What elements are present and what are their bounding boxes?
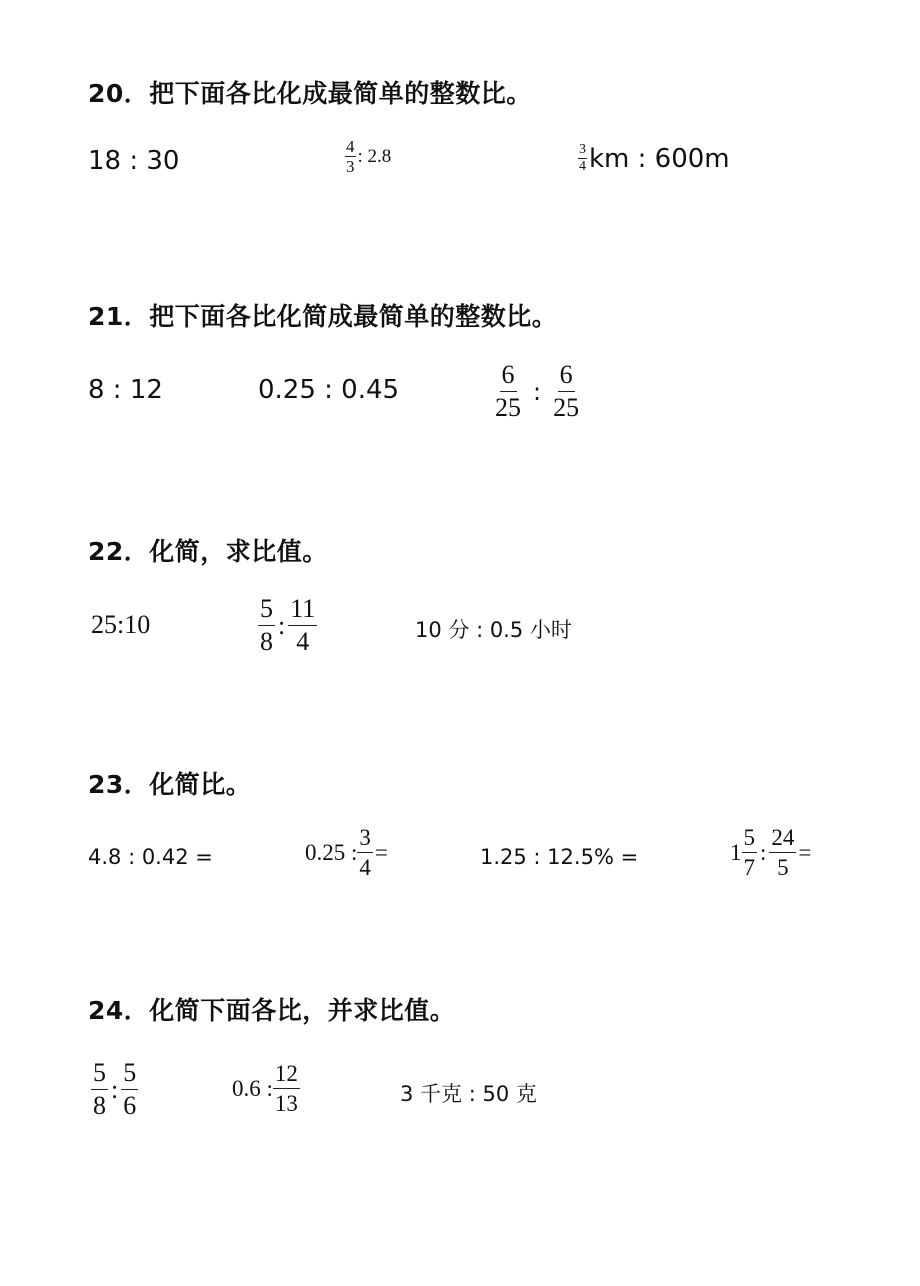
question-24-title: 24．化简下面各比，并求比值。 bbox=[88, 991, 455, 1027]
question-20-title: 20．把下面各比化成最简单的整数比。 bbox=[88, 74, 532, 110]
fraction: 24 5 bbox=[769, 826, 796, 879]
q22-item-2: 5 8 : 11 4 bbox=[258, 596, 317, 655]
fraction: 3 4 bbox=[578, 143, 587, 174]
fraction: 5 7 bbox=[742, 826, 758, 879]
fraction: 6 25 bbox=[551, 362, 581, 421]
q21-item-2: 0.25 : 0.45 bbox=[258, 375, 399, 405]
q20-item-1: 18 : 30 bbox=[88, 146, 179, 176]
fraction: 12 13 bbox=[273, 1062, 300, 1115]
q22-item-3: 10 分 : 0.5 小时 bbox=[415, 614, 572, 644]
q20-item-2: 4 3 : 2.8 bbox=[345, 138, 391, 175]
q21-item-1: 8 : 12 bbox=[88, 375, 163, 405]
q23-item-3: 1.25 : 12.5% = bbox=[480, 845, 638, 869]
question-21-title: 21．把下面各比化简成最简单的整数比。 bbox=[88, 297, 557, 333]
fraction: 3 4 bbox=[357, 826, 373, 879]
q23-item-2: 0.25 : 3 4 = bbox=[305, 826, 388, 879]
q20-item-3: 3 4 km : 600m bbox=[578, 143, 730, 174]
q21-item-3: 6 25 : 6 25 bbox=[493, 362, 581, 421]
fraction: 6 25 bbox=[493, 362, 523, 421]
question-22-title: 22．化简，求比值。 bbox=[88, 532, 328, 568]
fraction: 5 8 bbox=[91, 1060, 108, 1119]
q23-item-4: 1 5 7 : 24 5 = bbox=[730, 826, 811, 879]
question-23-title: 23．化简比。 bbox=[88, 765, 251, 801]
q24-item-2: 0.6 : 12 13 bbox=[232, 1062, 300, 1115]
fraction: 5 6 bbox=[121, 1060, 138, 1119]
fraction: 11 4 bbox=[288, 596, 317, 655]
q24-item-3: 3 千克 : 50 克 bbox=[400, 1078, 537, 1108]
q22-item-1: 25:10 bbox=[91, 610, 150, 640]
fraction: 4 3 bbox=[345, 138, 356, 175]
q23-item-1: 4.8 : 0.42 = bbox=[88, 845, 213, 869]
q24-item-1: 5 8 : 5 6 bbox=[91, 1060, 138, 1119]
fraction: 5 8 bbox=[258, 596, 275, 655]
